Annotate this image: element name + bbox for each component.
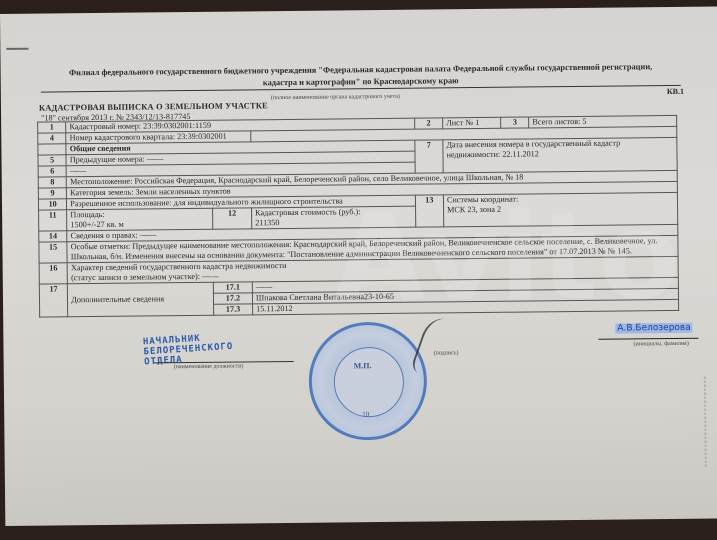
row-number: 17.1 <box>213 282 252 293</box>
row-number: 2 <box>414 118 442 129</box>
row-number: 17 <box>39 284 68 317</box>
row-number: 9 <box>38 188 66 199</box>
organization-caption: (полное наименование органа кадастрового… <box>271 94 400 101</box>
row-number: 7 <box>415 140 444 173</box>
row-number: 8 <box>38 177 66 188</box>
row-number <box>38 144 66 155</box>
row-number: 17.3 <box>213 304 252 315</box>
row-number: 11 <box>39 210 67 231</box>
row-number: 16 <box>39 263 67 284</box>
document-page: Филиал федерального государственного бюд… <box>0 6 717 525</box>
name-line <box>598 338 698 340</box>
row-number: 10 <box>38 199 66 210</box>
official-seal: М.П. 10 <box>308 322 427 441</box>
extract-table: 1 Кадастровый номер: 23:39:0302001:1159 … <box>37 115 679 318</box>
row-number: 3 <box>501 117 529 128</box>
row-number: 6 <box>38 166 66 177</box>
name-stamp: А.В.Белозерова <box>615 323 692 334</box>
row-number: 13 <box>415 195 444 227</box>
seal-number: 10 <box>362 410 369 418</box>
row-number: 4 <box>38 133 66 144</box>
cadastral-value: Кадастровая стоимость (руб.): 211350 <box>252 206 416 229</box>
signature-caption: (подпись) <box>434 350 459 356</box>
coat-of-arms-icon <box>334 347 405 418</box>
sheet-number: Лист № 1 <box>443 117 501 129</box>
organization-name: Филиал федерального государственного бюд… <box>69 62 652 87</box>
row-number: 14 <box>39 231 67 242</box>
form-code: КВ.1 <box>667 87 684 96</box>
additional-info-label: Дополнительные сведения <box>68 282 214 317</box>
registration-date: Дата внесения номера в государственный к… <box>443 137 677 172</box>
coordinate-system: Системы координат: МСК 23, зона 2 <box>443 192 677 226</box>
seal-text: М.П. <box>354 361 372 370</box>
organization-header: Филиал федерального государственного бюд… <box>61 61 661 92</box>
name-caption: (инициалы, фамилия) <box>633 341 688 348</box>
row-number: 1 <box>38 122 66 133</box>
margin-marks <box>704 376 717 466</box>
area: Площадь: 1500+/-27 кв. м <box>67 208 213 231</box>
row-number: 12 <box>212 208 251 229</box>
row-number: 15 <box>39 242 67 263</box>
coordinate-system-value: МСК 23, зона 2 <box>447 203 674 215</box>
fold-mark <box>6 48 28 50</box>
position-caption: (наименование должности) <box>174 363 244 370</box>
document-title: КАДАСТРОВАЯ ВЫПИСКА О ЗЕМЕЛЬНОМ УЧАСТКЕ <box>39 101 268 112</box>
row-number: 5 <box>38 155 66 166</box>
row-number: 17.2 <box>213 293 252 304</box>
